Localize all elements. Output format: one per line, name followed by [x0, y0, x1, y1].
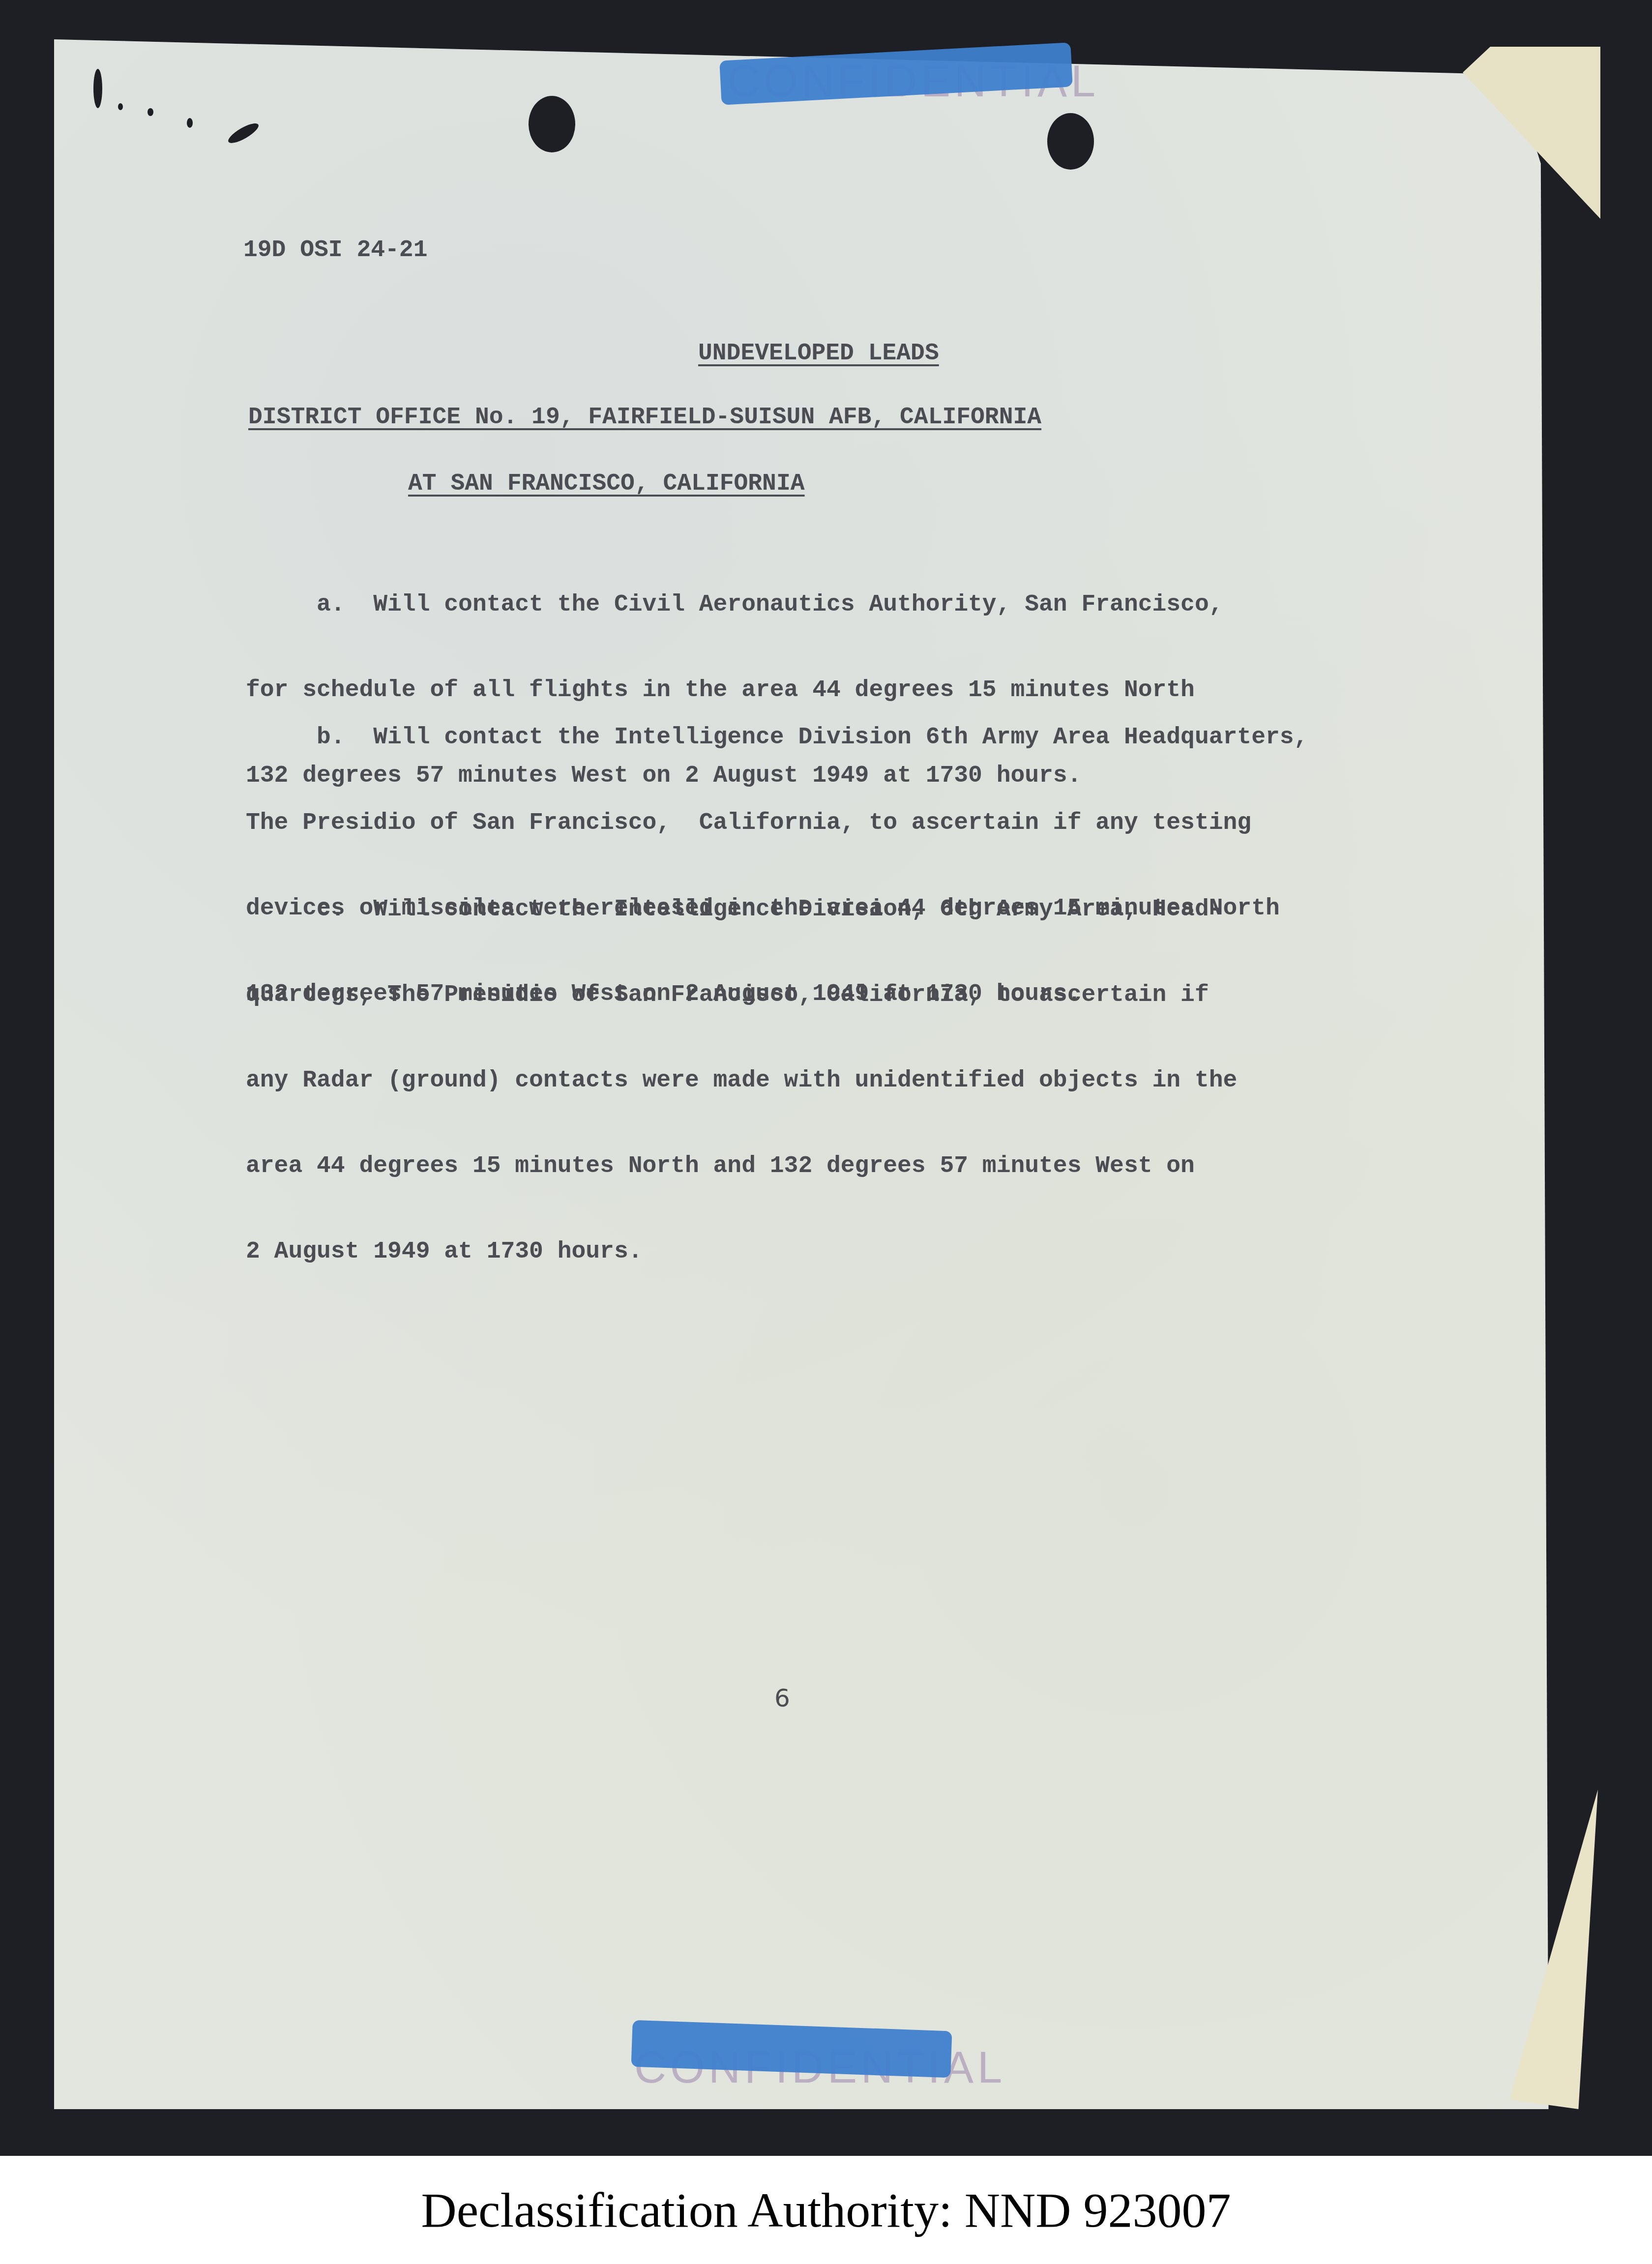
punch-hole-icon — [1047, 113, 1094, 170]
declassification-caption: Declassification Authority: NND 923007 — [0, 2156, 1652, 2264]
paragraph-line: The Presidio of San Francisco, Californi… — [246, 809, 1308, 837]
location-heading: AT SAN FRANCISCO, CALIFORNIA — [408, 470, 805, 498]
paragraph-line: any Radar (ground) contacts were made wi… — [246, 1066, 1237, 1095]
paragraph-line: b. Will contact the Intelligence Divisio… — [246, 723, 1308, 752]
paragraph-line: quarters, The Presidio of San Francisco,… — [246, 981, 1237, 1009]
document-title: UNDEVELOPED LEADS — [698, 339, 939, 368]
file-reference: 19D OSI 24-21 — [243, 236, 427, 265]
punch-hole-icon — [529, 96, 575, 152]
torn-punch-marks — [88, 69, 310, 152]
paragraph-line: 2 August 1949 at 1730 hours. — [246, 1237, 1237, 1266]
paragraph-line: c. Will contact the Intelligence Divisio… — [246, 895, 1237, 924]
paragraph-line: area 44 degrees 15 minutes North and 132… — [246, 1152, 1237, 1180]
paragraph-c: c. Will contact the Intelligence Divisio… — [246, 838, 1237, 1294]
paragraph-line: a. Will contact the Civil Aeronautics Au… — [246, 590, 1223, 619]
page-number: 6 — [774, 1684, 790, 1712]
district-office-heading: DISTRICT OFFICE No. 19, FAIRFIELD-SUISUN… — [248, 403, 1041, 432]
